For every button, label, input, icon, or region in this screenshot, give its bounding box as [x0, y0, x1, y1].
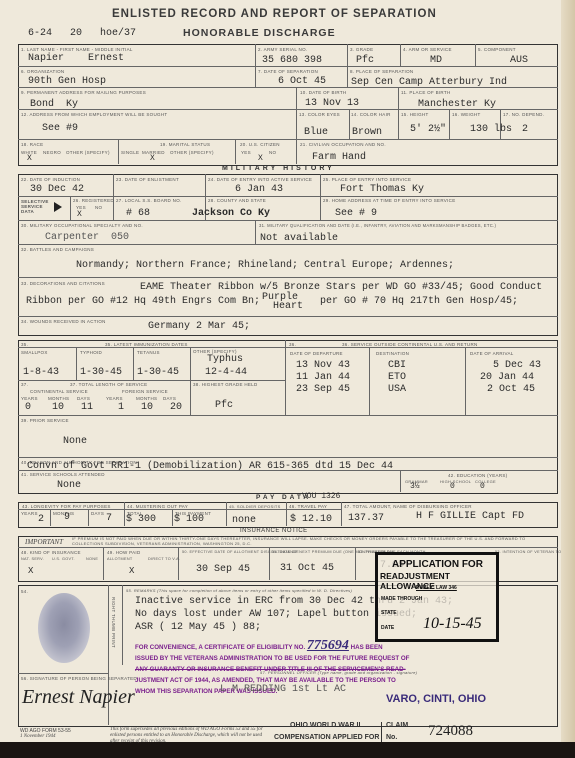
thumbprint-image	[38, 593, 90, 663]
document-subtitle: HONORABLE DISCHARGE	[183, 27, 336, 39]
height-value: 5' 2½"	[410, 124, 446, 135]
hair-value: Brown	[352, 127, 382, 138]
certificate-line2: ISSUED BY THE VETERANS ADMINISTRATION TO…	[135, 655, 409, 662]
insurance-allotment-checkmark: X	[129, 566, 134, 576]
claim-number: 724088	[428, 723, 473, 740]
decorations-line1: EAME Theater Ribbon w/5 Bronze Stars per…	[140, 282, 542, 293]
soldier-deposits-value: none	[232, 515, 256, 526]
name-value: Napier Ernest	[28, 53, 124, 64]
longevity-months-value: 9	[64, 512, 70, 523]
education-highschool-value: 0	[450, 482, 455, 491]
race-white-checkmark: X	[27, 154, 32, 163]
prior-service-value: None	[63, 436, 87, 447]
qualification-value: Not available	[260, 233, 338, 244]
citizen-yes-checkmark: X	[258, 154, 263, 163]
typhoid-value: 1-30-45	[80, 367, 122, 378]
active-service-date-value: 6 Jan 43	[235, 184, 283, 195]
component-value: AUS	[510, 55, 528, 66]
serial-value: 35 680 398	[262, 55, 322, 66]
departure-2: 11 Jan 44	[296, 372, 350, 383]
wounds-value: Germany 2 Mar 45;	[148, 321, 250, 332]
stamp-date-value: 10-15-45	[423, 615, 482, 633]
education-grammar-value: 3½	[410, 482, 420, 491]
county-value: Jackson Co Ky	[192, 208, 270, 219]
arm-value: MD	[430, 55, 442, 66]
induction-date-value: 30 Dec 42	[30, 184, 84, 195]
separation-date-value: 6 Oct 45	[278, 76, 326, 87]
document-title: ENLISTED RECORD AND REPORT OF SEPARATION	[112, 8, 437, 20]
arrival-3: 2 Oct 45	[487, 384, 535, 395]
registered-yes-checkmark: X	[77, 210, 82, 219]
marital-married-checkmark: X	[150, 154, 155, 163]
cont-days-value: 11	[81, 402, 93, 413]
dob-value: 13 Nov 13	[305, 98, 359, 109]
cont-years-value: 0	[25, 402, 31, 413]
arrow-right-icon	[54, 202, 62, 212]
purple-heart-line2: Heart	[273, 301, 303, 312]
other-immunization-value: 12-4-44	[205, 367, 247, 378]
file-code: 6-24 20 hoe/37	[28, 28, 136, 39]
mustering-total-value: $ 300	[126, 514, 156, 525]
voucher-value: VOU 1326	[302, 492, 340, 501]
eyes-value: Blue	[304, 127, 328, 138]
home-address-value: See # 9	[335, 208, 377, 219]
pob-value: Manchester Ky	[418, 99, 496, 110]
address-value: Bond Ky	[30, 99, 78, 110]
battles-value: Normandy; Northern France; Rhineland; Ce…	[76, 260, 454, 271]
employment-address-value: See #9	[42, 123, 78, 134]
entry-place-value: Fort Thomas Ky	[340, 184, 424, 195]
insurance-nat-serv-checkmark: X	[28, 566, 33, 576]
total-amount-value: 137.37	[348, 513, 384, 524]
military-history-heading: MILITARY HISTORY	[222, 165, 335, 172]
smallpox-value: 1-8-43	[23, 367, 59, 378]
service-schools-value: None	[57, 480, 81, 491]
education-college-value: 0	[480, 482, 485, 491]
certificate-line1: FOR CONVENIENCE, A CERTIFICATE OF ELIGIB…	[135, 638, 383, 654]
mos-value: Carpenter 050	[45, 232, 129, 243]
departure-3: 23 Sep 45	[296, 384, 350, 395]
destination-1: CBI	[388, 360, 406, 371]
personnel-officer-value: L M REDDING 1st Lt AC	[220, 684, 346, 695]
tetanus-value: 1-30-45	[137, 367, 179, 378]
foreign-months-value: 10	[141, 402, 153, 413]
highest-grade-value: Pfc	[215, 400, 233, 411]
separation-place-value: Sep Cen Camp Atterbury Ind	[351, 77, 507, 88]
decorations-line2a: Ribbon per GO #12 Hq 49th Engrs Com Bn;	[26, 296, 260, 307]
foreign-years-value: 1	[118, 402, 124, 413]
dependents-value: 2	[522, 124, 528, 135]
weight-value: 130 lbs	[470, 124, 512, 135]
departure-1: 13 Nov 43	[296, 360, 350, 371]
foreign-days-value: 20	[170, 402, 182, 413]
arrival-1: 5 Dec 43	[493, 360, 541, 371]
longevity-years-value: 2	[38, 514, 44, 525]
certificate-number: 775694	[307, 638, 349, 653]
destination-2: ETO	[388, 372, 406, 383]
certificate-line4: JUSTMENT ACT OF 1944, AS AMENDED, THAT M…	[135, 677, 396, 684]
longevity-days-value: 7	[106, 513, 112, 524]
supersede-notice: This form supersedes all previous editio…	[110, 727, 270, 745]
organization-value: 90th Gen Hosp	[28, 76, 106, 87]
separation-reason-value: Convn of Govt RR1-1 (Demobilization) AR …	[27, 461, 393, 472]
destination-3: USA	[388, 384, 406, 395]
cont-months-value: 10	[52, 402, 64, 413]
grade-value: Pfc	[356, 55, 374, 66]
remarks-line3: ASR ( 12 May 45 ) 88;	[135, 622, 261, 633]
discharge-document: ENLISTED RECORD AND REPORT OF SEPARATION…	[0, 0, 575, 742]
allotment-discontinuance-value: 30 Sep 45	[196, 564, 250, 575]
person-signature: Ernest Napier	[22, 686, 135, 709]
this-payment-value: $ 100	[174, 514, 204, 525]
local-board-value: # 68	[126, 208, 150, 219]
varo-stamp: VARO, CINTI, OHIO	[386, 693, 486, 705]
next-premium-value: 31 Oct 45	[280, 563, 334, 574]
travel-pay-value: $ 12.10	[290, 514, 332, 525]
insurance-notice-heading: INSURANCE NOTICE	[240, 528, 308, 534]
occupation-value: Farm Hand	[312, 152, 366, 163]
readjustment-allowance-stamp: APPLICATION FOR READJUSTMENT ALLOWANCE P…	[375, 552, 499, 642]
decorations-line2b: per GO # 70 Hq 217th Gen Hosp/45;	[320, 296, 518, 307]
arrival-2: 20 Jan 44	[480, 372, 534, 383]
disbursing-officer-value: H F GILLIE Capt FD	[416, 511, 524, 522]
other-immunization-name: Typhus	[207, 354, 243, 365]
